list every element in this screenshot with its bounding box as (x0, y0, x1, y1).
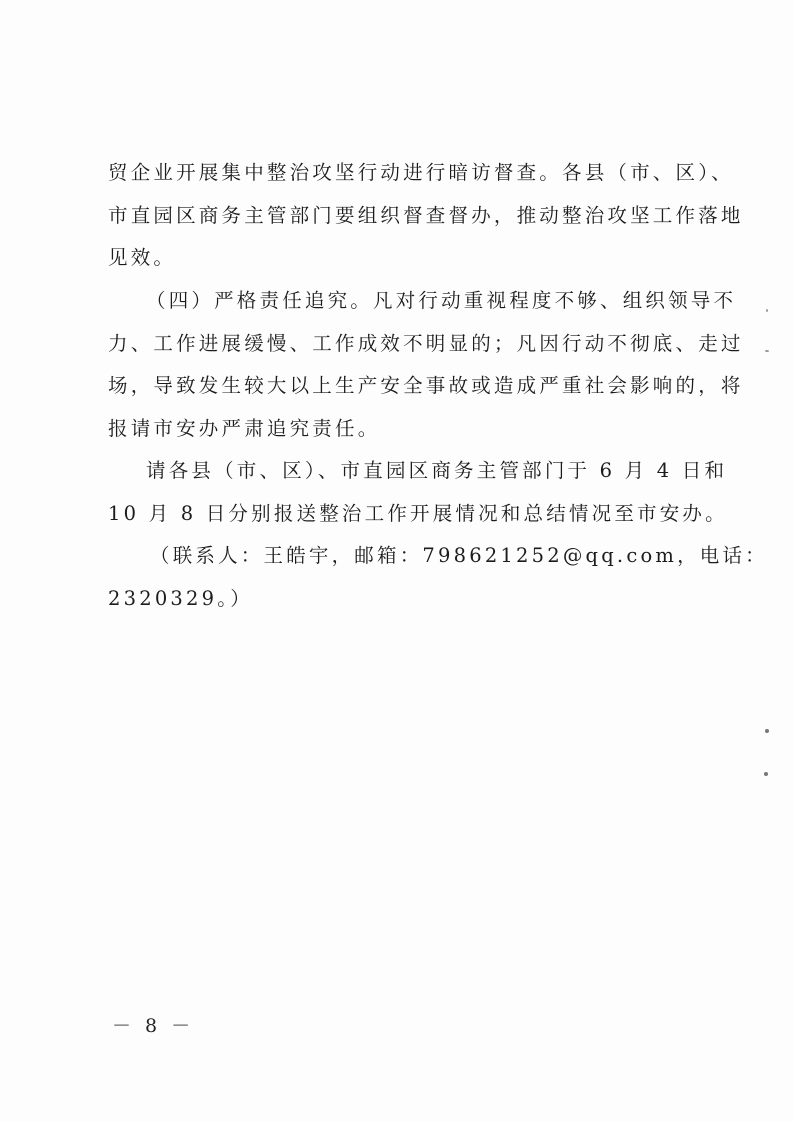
contact-line: 2320329。） (108, 589, 253, 609)
document-page: 贸企业开展集中整治攻坚行动进行暗访督查。各县（市、区）、 市直园区商务主管部门要… (0, 0, 793, 1122)
text-line: （四）严格责任追究。凡对行动重视程度不够、组织领导不 (146, 291, 736, 311)
text-line: 场，导致发生较大以上生产安全事故或造成严重社会影响的，将 (108, 376, 744, 396)
text-line: 贸企业开展集中整治攻坚行动进行暗访督查。各县（市、区）、 (108, 163, 734, 183)
scan-speck (764, 772, 768, 776)
scan-speck (765, 350, 769, 352)
text-line: 见效。 (108, 248, 176, 268)
page-number: － 8 － (112, 1011, 194, 1038)
contact-line: （联系人：王皓宇，邮箱：798621252@qq.com，电话： (150, 546, 768, 566)
text-line: 市直园区商务主管部门要组织督查督办，推动整治攻坚工作落地 (108, 206, 744, 226)
scan-speck (765, 729, 769, 733)
scan-speck (766, 309, 768, 312)
text-line: 10 月 8 日分别报送整治工作开展情况和总结情况至市安办。 (108, 504, 728, 524)
text-line: 报请市安办严肃追究责任。 (108, 419, 380, 439)
text-line: 力、工作进展缓慢、工作成效不明显的；凡因行动不彻底、走过 (108, 334, 744, 354)
text-line: 请各县（市、区）、市直园区商务主管部门于 6 月 4 日和 (146, 461, 727, 481)
